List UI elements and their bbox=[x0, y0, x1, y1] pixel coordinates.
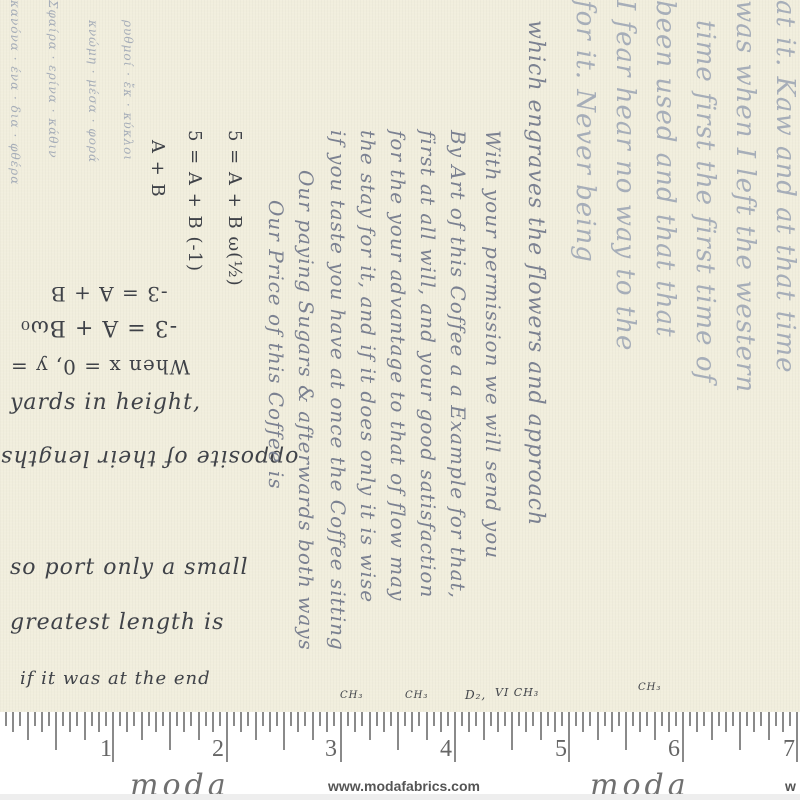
equation: -3 = A + B bbox=[50, 282, 168, 306]
ruler-tick bbox=[162, 712, 164, 726]
ruler-tick bbox=[233, 712, 235, 726]
ruler-tick bbox=[525, 712, 527, 732]
ruler-tick bbox=[354, 712, 356, 732]
ruler-tick bbox=[55, 712, 57, 750]
ruler-ticks bbox=[0, 712, 800, 762]
handwriting-column: for the your advantage to that of flow m… bbox=[386, 130, 410, 601]
equation: When x = 0, y = bbox=[10, 355, 190, 379]
faint-text-column: Σφαίρα · ερίνα · κάθιν bbox=[46, 0, 60, 159]
ruler-tick bbox=[426, 712, 428, 740]
ruler-tick bbox=[269, 712, 271, 732]
handwriting-column: which engraves the flowers and approach bbox=[523, 20, 548, 526]
ruler-tick bbox=[169, 712, 171, 750]
ruler-tick bbox=[468, 712, 470, 732]
ruler-tick bbox=[568, 712, 570, 762]
ruler-tick bbox=[205, 712, 207, 726]
ruler-tick bbox=[76, 712, 78, 726]
equation: A + B bbox=[147, 140, 168, 198]
ruler-tick bbox=[611, 712, 613, 732]
ruler-tick bbox=[646, 712, 648, 726]
ruler-tick bbox=[326, 712, 328, 732]
ruler-tick bbox=[575, 712, 577, 726]
ruler-tick bbox=[597, 712, 599, 740]
ruler-tick bbox=[12, 712, 14, 732]
ruler-tick bbox=[632, 712, 634, 726]
ruler-tick bbox=[219, 712, 221, 726]
ruler-tick bbox=[133, 712, 135, 726]
ruler-number: 5 bbox=[555, 736, 567, 763]
handwriting-column: for it. Never being bbox=[570, 0, 600, 263]
ruler-tick bbox=[84, 712, 86, 740]
handwriting-column: Our Price of this Coffee is bbox=[264, 200, 288, 490]
ruler-tick bbox=[411, 712, 413, 732]
handwriting-column: By Art of this Coffee a a Example for th… bbox=[446, 130, 470, 599]
handwriting-column: Our paying Sugars & afterwards both ways bbox=[294, 170, 318, 651]
ruler-tick bbox=[725, 712, 727, 732]
website-url-cut: w bbox=[785, 778, 796, 794]
ruler-tick bbox=[340, 712, 342, 762]
ruler-tick bbox=[760, 712, 762, 726]
chem-note: CH₃ bbox=[340, 690, 363, 701]
ruler-tick bbox=[418, 712, 420, 726]
ruler-number: 1 bbox=[100, 736, 112, 763]
ruler-tick bbox=[661, 712, 663, 726]
ruler-tick bbox=[696, 712, 698, 732]
ruler-tick bbox=[141, 712, 143, 740]
handwriting-line: opposite of their lengths bbox=[0, 445, 298, 470]
handwriting-column: first at all will, and your good satisfa… bbox=[416, 130, 440, 598]
handwriting-line: greatest length is bbox=[10, 610, 224, 635]
ruler-tick bbox=[497, 712, 499, 732]
ruler-tick bbox=[304, 712, 306, 726]
ruler-tick bbox=[589, 712, 591, 726]
handwriting-line: if it was at the end bbox=[20, 668, 211, 689]
ruler-tick bbox=[276, 712, 278, 726]
handwriting-line: so port only a small bbox=[10, 555, 249, 580]
selvage-ruler: 1 2 3 4 5 6 7 moda www.modafabrics.com m… bbox=[0, 712, 800, 800]
chem-note: CH₃ bbox=[638, 682, 661, 693]
handwriting-column: if you taste you have at once the Coffee… bbox=[326, 130, 350, 651]
ruler-tick bbox=[475, 712, 477, 726]
ruler-tick bbox=[547, 712, 549, 726]
ruler-tick bbox=[454, 712, 456, 762]
ruler-tick bbox=[782, 712, 784, 732]
ruler-tick bbox=[255, 712, 257, 740]
ruler-tick bbox=[654, 712, 656, 740]
ruler-tick bbox=[98, 712, 100, 732]
ruler-tick bbox=[105, 712, 107, 726]
ruler-tick bbox=[226, 712, 228, 762]
handwriting-column: was when I left the western bbox=[730, 0, 760, 393]
ruler-tick bbox=[69, 712, 71, 732]
ruler-tick bbox=[27, 712, 29, 740]
ruler-number: 6 bbox=[668, 736, 680, 763]
ruler-tick bbox=[711, 712, 713, 740]
ruler-tick bbox=[62, 712, 64, 726]
handwriting-column: With your permission we will send you bbox=[481, 130, 505, 559]
fabric-swatch: κανόνα · ένα · δια · φθέρα Σφαίρα · ερίν… bbox=[0, 0, 800, 712]
ruler-tick bbox=[483, 712, 485, 740]
ruler-tick bbox=[240, 712, 242, 732]
ruler-tick bbox=[390, 712, 392, 726]
ruler-tick bbox=[504, 712, 506, 726]
ruler-number: 3 bbox=[325, 736, 337, 763]
ruler-tick bbox=[511, 712, 513, 750]
ruler-number: 2 bbox=[212, 736, 224, 763]
equation: 5 = A + B (-1) bbox=[184, 130, 205, 272]
ruler-tick bbox=[41, 712, 43, 732]
handwriting-column: at it. Kaw and at that time bbox=[770, 0, 800, 374]
bottom-strip bbox=[0, 794, 800, 800]
ruler-tick bbox=[48, 712, 50, 726]
handwriting-column: I fear hear no way to the bbox=[610, 0, 640, 351]
handwriting-line: yards in height, bbox=[10, 390, 201, 415]
ruler-tick bbox=[404, 712, 406, 726]
ruler-tick bbox=[312, 712, 314, 740]
ruler-tick bbox=[247, 712, 249, 726]
ruler-tick bbox=[625, 712, 627, 750]
ruler-tick bbox=[176, 712, 178, 726]
ruler-tick bbox=[383, 712, 385, 732]
ruler-tick bbox=[376, 712, 378, 726]
ruler-tick bbox=[689, 712, 691, 726]
ruler-tick bbox=[333, 712, 335, 726]
ruler-tick bbox=[290, 712, 292, 726]
ruler-tick bbox=[739, 712, 741, 750]
ruler-tick bbox=[283, 712, 285, 750]
ruler-tick bbox=[775, 712, 777, 726]
ruler-tick bbox=[112, 712, 114, 762]
ruler-tick bbox=[668, 712, 670, 732]
ruler-tick bbox=[126, 712, 128, 732]
ruler-tick bbox=[582, 712, 584, 732]
ruler-tick bbox=[753, 712, 755, 732]
ruler-tick bbox=[789, 712, 791, 726]
ruler-tick bbox=[369, 712, 371, 740]
ruler-tick bbox=[361, 712, 363, 726]
ruler-tick bbox=[397, 712, 399, 750]
ruler-tick bbox=[732, 712, 734, 726]
ruler-tick bbox=[5, 712, 7, 726]
ruler-tick bbox=[796, 712, 798, 762]
ruler-tick bbox=[561, 712, 563, 726]
ruler-tick bbox=[718, 712, 720, 726]
ruler-tick bbox=[297, 712, 299, 732]
ruler-tick bbox=[532, 712, 534, 726]
ruler-tick bbox=[554, 712, 556, 732]
ruler-tick bbox=[675, 712, 677, 726]
ruler-tick bbox=[183, 712, 185, 732]
ruler-tick bbox=[119, 712, 121, 726]
ruler-tick bbox=[347, 712, 349, 726]
ruler-tick bbox=[155, 712, 157, 732]
ruler-number: 4 bbox=[440, 736, 452, 763]
ruler-tick bbox=[447, 712, 449, 726]
equation: -3 = A + Bω₀ bbox=[20, 315, 177, 340]
ruler-tick bbox=[19, 712, 21, 726]
faint-text-column: κνώμη · μέσα · φορά bbox=[86, 20, 100, 163]
ruler-tick bbox=[433, 712, 435, 726]
ruler-tick bbox=[34, 712, 36, 726]
ruler-number: 7 bbox=[783, 736, 795, 763]
ruler-tick bbox=[461, 712, 463, 726]
ruler-tick bbox=[190, 712, 192, 726]
ruler-tick bbox=[703, 712, 705, 726]
ruler-tick bbox=[639, 712, 641, 732]
chem-note: D₂, bbox=[465, 688, 486, 702]
ruler-tick bbox=[198, 712, 200, 740]
ruler-tick bbox=[91, 712, 93, 726]
ruler-tick bbox=[262, 712, 264, 726]
ruler-tick bbox=[682, 712, 684, 762]
chem-note: CH₃ bbox=[405, 690, 428, 701]
website-url: www.modafabrics.com bbox=[328, 778, 480, 794]
ruler-tick bbox=[212, 712, 214, 732]
ruler-tick bbox=[319, 712, 321, 726]
handwriting-column: been used and that that bbox=[650, 0, 680, 338]
ruler-tick bbox=[540, 712, 542, 740]
ruler-tick bbox=[618, 712, 620, 726]
ruler-tick bbox=[518, 712, 520, 726]
chem-note: VI CH₃ bbox=[495, 686, 539, 699]
equation: 5 = A + B ω(½) bbox=[224, 130, 245, 287]
handwriting-column: the stay for it, and if it does only it … bbox=[356, 130, 380, 603]
ruler-tick bbox=[490, 712, 492, 726]
ruler-tick bbox=[604, 712, 606, 726]
ruler-tick bbox=[746, 712, 748, 726]
ruler-tick bbox=[440, 712, 442, 732]
ruler-tick bbox=[768, 712, 770, 740]
faint-text-column: ρυθμοί · ἔκ · κύκλοι bbox=[121, 20, 135, 161]
handwriting-column: time first the first time of bbox=[690, 20, 720, 383]
faint-text-column: κανόνα · ένα · δια · φθέρα bbox=[8, 0, 22, 185]
ruler-tick bbox=[148, 712, 150, 726]
